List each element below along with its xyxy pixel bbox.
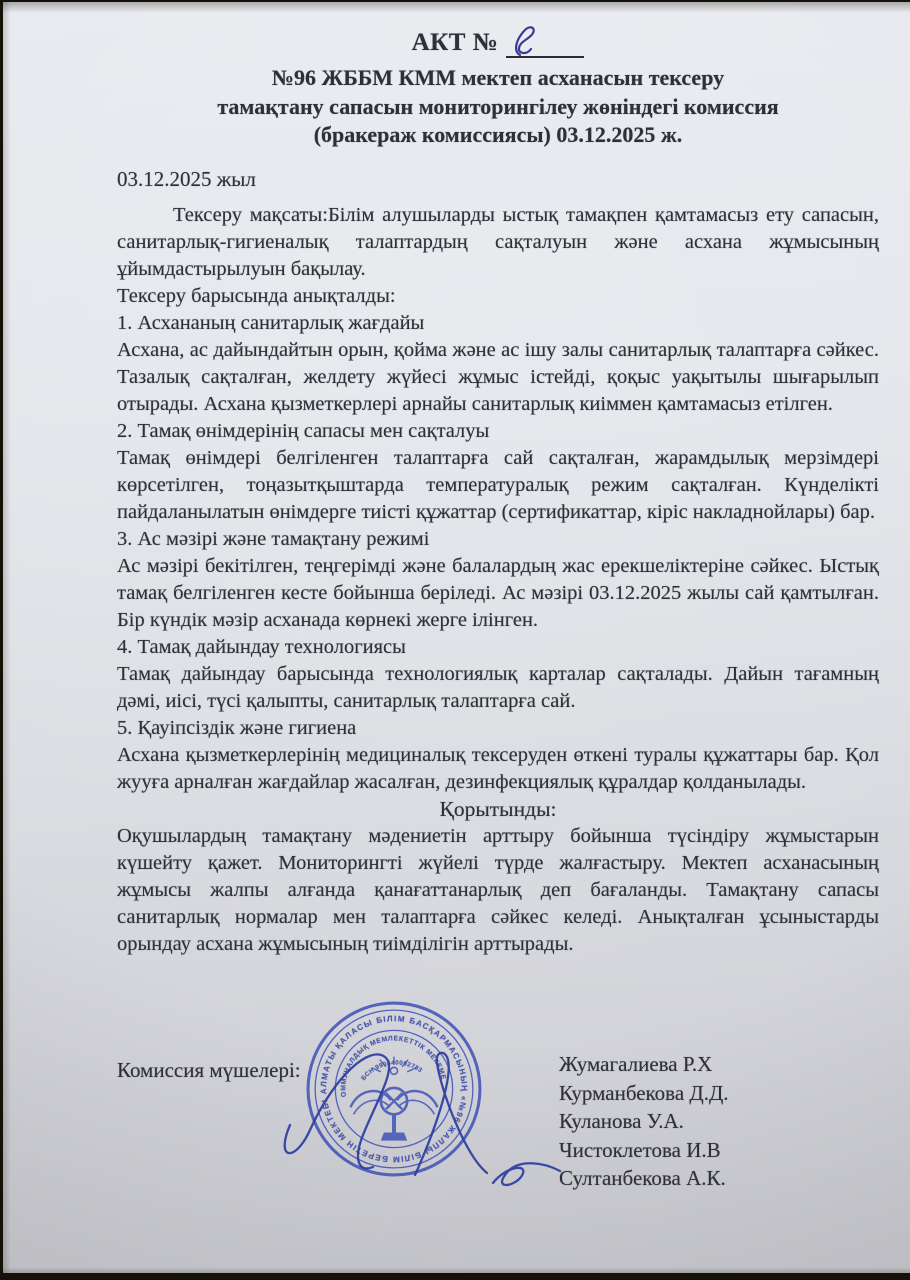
signature-stroke-3 bbox=[493, 1163, 560, 1185]
section-4-heading: 4. Тамақ дайындау технологиясы bbox=[117, 634, 879, 661]
signature-stroke-1 bbox=[285, 1054, 389, 1168]
conclusion-body: Оқушылардың тамақтану мәдениетін арттыру… bbox=[117, 823, 879, 958]
section-2-heading: 2. Тамақ өнімдерінің сапасы мен сақталуы bbox=[117, 418, 879, 445]
header-line-3: (бракераж комиссиясы) 03.12.2025 ж. bbox=[117, 121, 879, 150]
section-4-body: Тамақ дайындау барысында технологиялық к… bbox=[117, 661, 879, 715]
section-1-heading: 1. Асхананың санитарлық жағдайы bbox=[117, 310, 879, 337]
section-5-body: Асхана қызметкерлерінің медициналық текс… bbox=[117, 742, 879, 796]
act-number-handwriting-icon bbox=[510, 22, 544, 60]
document-photo: АКТ № №96 ЖББМ КММ мектеп асханасын текс… bbox=[0, 0, 910, 1280]
purpose-paragraph: Тексеру мақсаты:Білім алушыларды ыстық т… bbox=[117, 202, 879, 283]
act-title-label: АКТ № bbox=[412, 29, 499, 56]
commission-member: Курманбекова Д.Д. bbox=[559, 1079, 729, 1108]
section-3-body: Ас мәзірі бекітілген, теңгерімді және ба… bbox=[117, 553, 879, 634]
section-2-body: Тамақ өнімдері белгіленген талаптарға са… bbox=[117, 445, 879, 526]
section-5-heading: 5. Қауіпсіздік және гигиена bbox=[117, 715, 879, 742]
commission-member: Чистоклетова И.В bbox=[559, 1136, 729, 1165]
commission-member: Жумагалиева Р.Х bbox=[559, 1050, 729, 1079]
act-number-field bbox=[506, 26, 584, 58]
findings-intro: Тексеру барысында анықталды: bbox=[117, 283, 879, 310]
header-line-2: тамақтану сапасын мониторингілеу жөнінде… bbox=[117, 93, 879, 122]
act-title: АКТ № bbox=[117, 26, 879, 60]
signature-stroke-2 bbox=[415, 1053, 487, 1175]
section-3-heading: 3. Ас мәзірі және тамақтану режимі bbox=[117, 526, 879, 553]
date-line: 03.12.2025 жыл bbox=[117, 166, 879, 193]
section-1-body: Асхана, ас дайындайтын орын, қойма және … bbox=[117, 337, 879, 418]
commission-member: Куланова У.А. bbox=[559, 1107, 729, 1136]
document-content: АКТ № №96 ЖББМ КММ мектеп асханасын текс… bbox=[117, 26, 879, 958]
conclusion-heading: Қорытынды: bbox=[117, 796, 879, 823]
commission-members-list: Жумагалиева Р.Х Курманбекова Д.Д. Кулано… bbox=[559, 1050, 729, 1193]
commission-member: Султанбекова А.К. bbox=[559, 1164, 729, 1193]
paper-sheet: АКТ № №96 ЖББМ КММ мектеп асханасын текс… bbox=[3, 2, 910, 1273]
header-line-1: №96 ЖББМ КММ мектеп асханасын тексеру bbox=[117, 64, 879, 93]
